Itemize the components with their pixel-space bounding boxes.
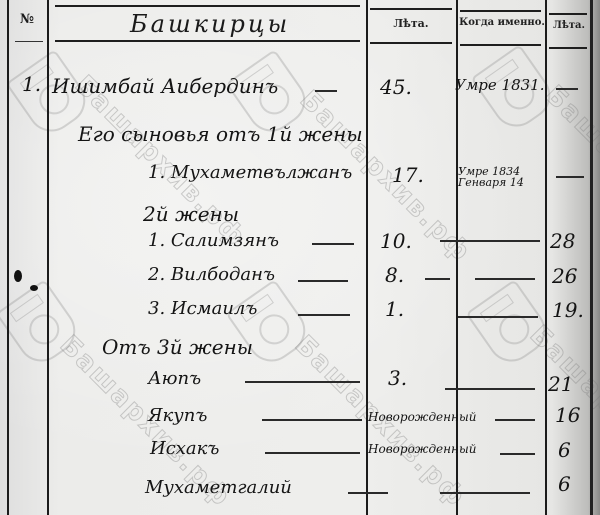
header-bottom-rule	[55, 40, 360, 42]
number-column-header: №	[20, 12, 34, 27]
filler-dash	[312, 243, 354, 245]
person-name: Аюпъ	[148, 368, 201, 389]
age-now: 21	[548, 372, 573, 396]
archive-crest-watermark	[0, 279, 85, 371]
section-heading: Его сыновья отъ 1й жены	[78, 122, 363, 146]
when-note: Умре 1831.	[455, 76, 544, 94]
nationality-column-header: Башкирцы	[130, 10, 290, 38]
age-previous: 3.	[388, 366, 407, 390]
section-heading: Отъ 3й жены	[102, 335, 253, 359]
filler-dash	[315, 90, 337, 92]
age-previous: 45.	[380, 75, 412, 99]
header-bottom-rule	[549, 47, 587, 49]
column-rule	[7, 0, 9, 515]
age-now-dash	[556, 88, 578, 90]
filler-dash	[348, 492, 388, 494]
age-now: 6	[558, 438, 571, 462]
archive-crest-watermark	[465, 279, 554, 371]
when-dash	[440, 492, 530, 494]
age-now: 19.	[552, 298, 584, 322]
person-name: 3. Исмаилъ	[148, 298, 257, 319]
column-rule	[545, 0, 547, 515]
age-now-column-header: Лѣта.	[547, 20, 591, 31]
age-now-dash	[556, 176, 584, 178]
person-name: Якупъ	[148, 405, 207, 426]
person-name: Исхакъ	[150, 438, 219, 459]
when-column-header: Когда именно.	[458, 17, 546, 28]
age-previous: 1.	[385, 297, 404, 321]
header-top-rule	[460, 10, 541, 12]
when-dash	[475, 278, 535, 280]
age-column-header: Лѣта.	[366, 17, 456, 30]
when-dash	[500, 453, 535, 455]
age-now: 28	[550, 229, 575, 253]
when-dash	[425, 278, 450, 280]
age-previous: Новорожденный	[368, 444, 476, 455]
filler-dash	[298, 314, 350, 316]
filler-dash	[265, 452, 360, 454]
when-dash	[440, 240, 540, 242]
person-name: Мухаметгалий	[145, 477, 292, 498]
age-previous: Новорожденный	[368, 412, 476, 423]
header-bottom-rule	[370, 42, 452, 44]
when-dash	[445, 388, 535, 390]
header-bottom-rule	[15, 41, 43, 42]
scanned-register-page: Башархив.рф Башархив.рф Башархив.рф Баша…	[0, 0, 600, 515]
header-top-rule	[55, 5, 360, 7]
age-previous: 8.	[385, 263, 404, 287]
header-top-rule	[370, 8, 452, 10]
filler-dash	[262, 419, 362, 421]
filler-dash	[298, 280, 348, 282]
person-name: 1. Салимзянъ	[148, 230, 279, 251]
section-heading: 2й жены	[143, 202, 239, 226]
page-edge-rule	[590, 0, 593, 515]
header-bottom-rule	[460, 44, 541, 46]
header-top-rule	[549, 13, 587, 15]
age-now: 6	[558, 472, 571, 496]
filler-dash	[245, 381, 360, 383]
row-number: 1.	[22, 72, 41, 96]
column-rule	[366, 0, 368, 515]
person-name: 1. Мухаметвължанъ	[148, 162, 352, 183]
column-rule	[47, 0, 49, 515]
age-now: 16	[555, 403, 580, 427]
when-dash	[458, 316, 538, 318]
ink-blot	[14, 270, 22, 282]
age-now: 26	[552, 264, 577, 288]
ink-blot	[30, 285, 38, 291]
when-dash	[495, 419, 535, 421]
age-previous: 17.	[392, 163, 424, 187]
person-name: Ишимбай Аибердинъ	[52, 74, 278, 98]
age-previous: 10.	[380, 229, 412, 253]
when-note: Умре 1834 Генваря 14	[458, 166, 546, 188]
person-name: 2. Вилбоданъ	[148, 264, 275, 285]
